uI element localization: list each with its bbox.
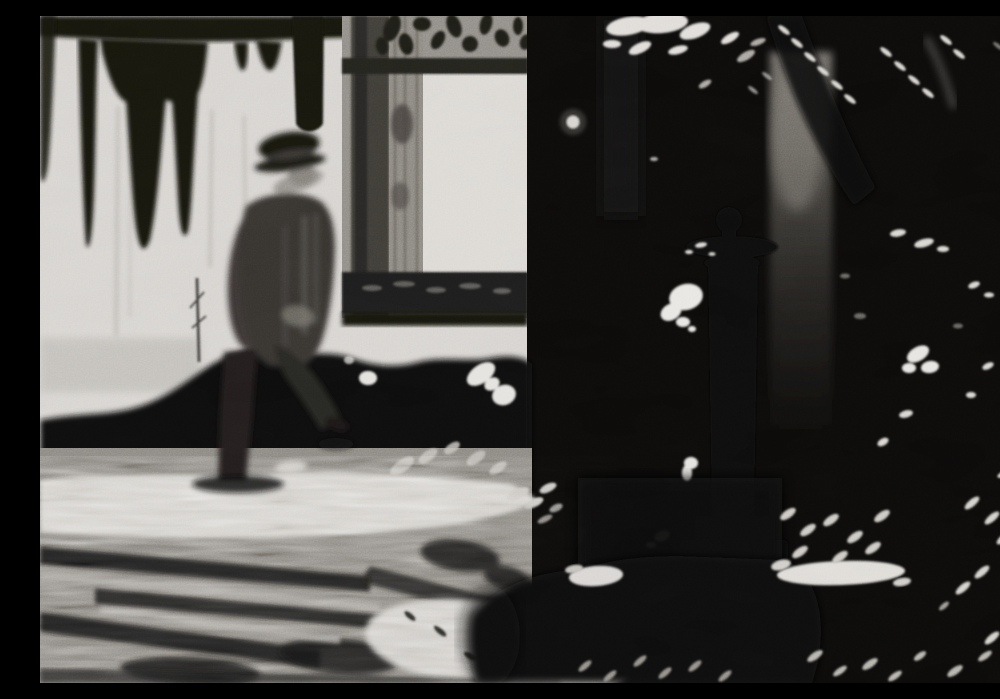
photo-canvas [40, 16, 1000, 683]
film-grain [40, 16, 1000, 683]
photo-svg [40, 16, 1000, 683]
